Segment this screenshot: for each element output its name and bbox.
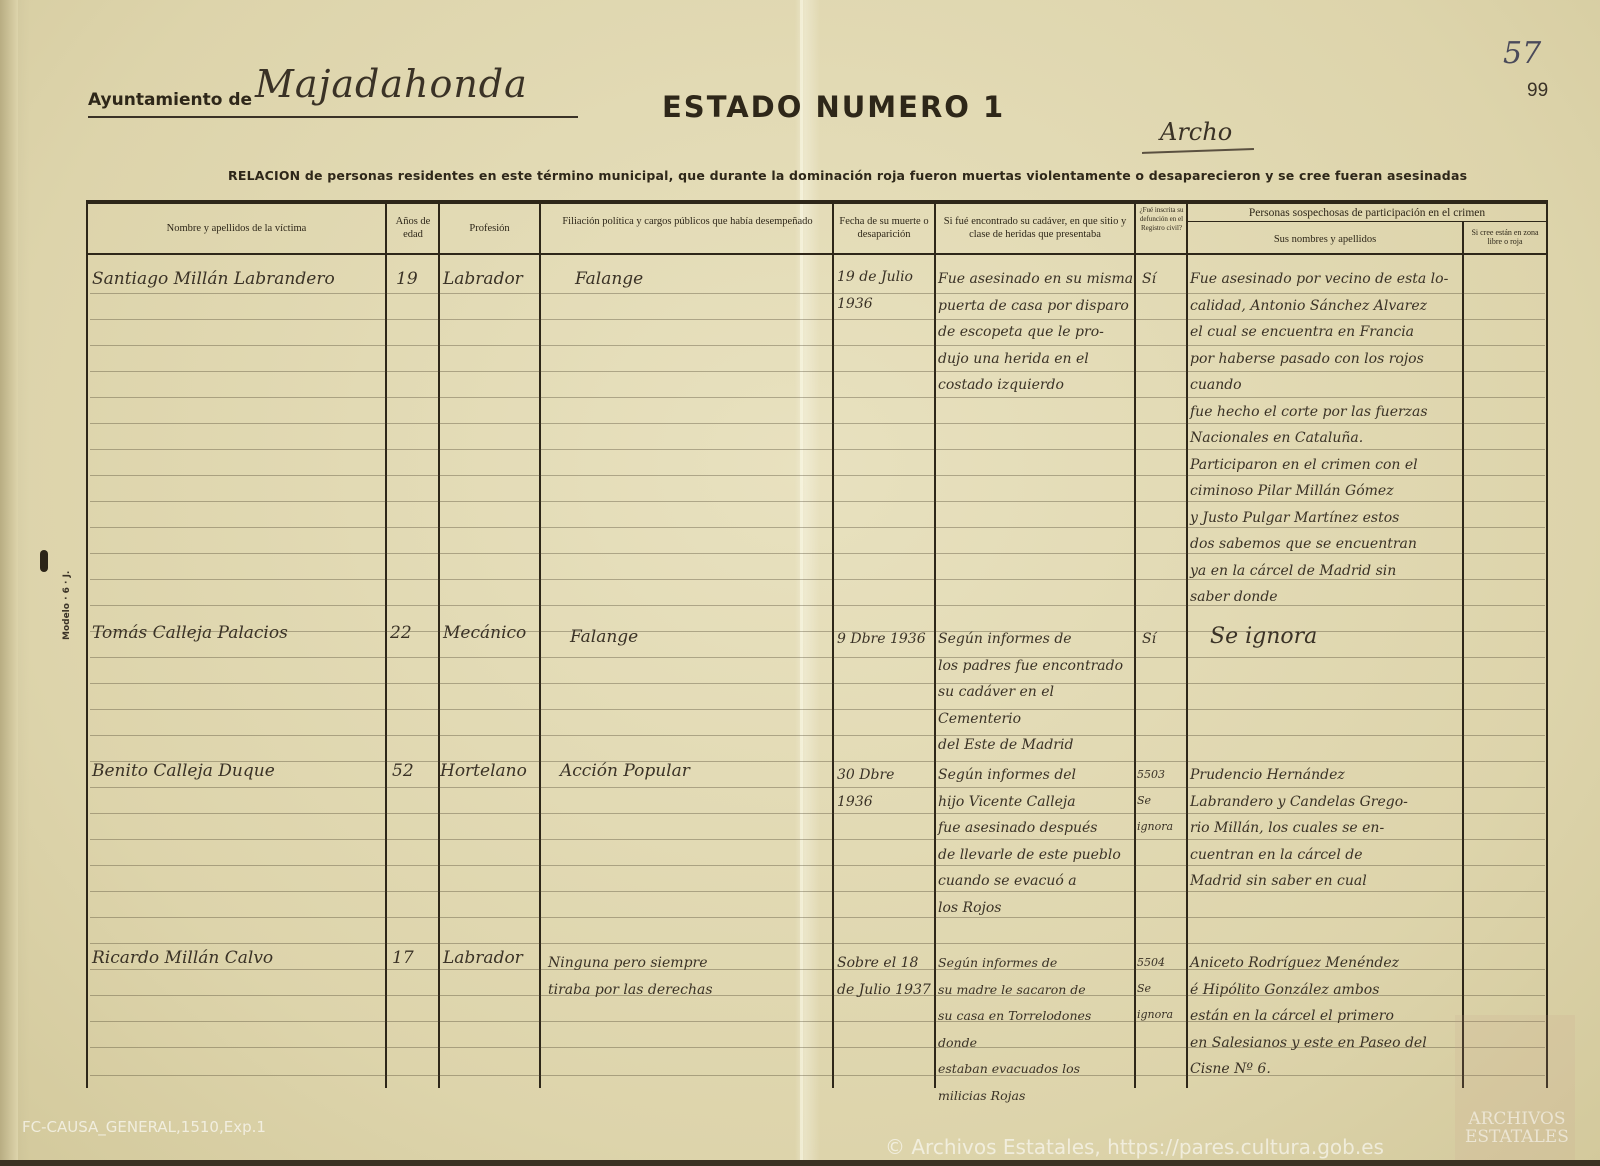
col-divider: [1134, 200, 1136, 1088]
col-divider: [1546, 200, 1548, 1088]
row2-edad: 22: [390, 620, 412, 646]
ayuntamiento-value: Majadahonda: [255, 62, 528, 106]
header-zona: Si cree están en zona libre o roja: [1465, 228, 1545, 246]
ruled-line: [90, 943, 1545, 944]
row2-sospechosos: Se ignora: [1210, 624, 1460, 650]
row1-fecha: 19 de Julio 1936: [837, 264, 932, 317]
row3-fecha: 30 Dbre 1936: [837, 762, 932, 815]
row3-profesion: Hortelano: [440, 758, 527, 784]
table-top-border: [86, 200, 1548, 204]
col-divider: [934, 200, 936, 1088]
header-edad: Años de edad: [388, 215, 438, 241]
row2-profesion: Mecánico: [443, 620, 526, 646]
row4-nombre: Ricardo Millán Calvo: [92, 945, 384, 971]
row4-filiacion: Ninguna pero siempre tiraba por las dere…: [548, 950, 832, 1003]
ayuntamiento-label: Ayuntamiento de: [88, 90, 252, 110]
row4-edad: 17: [392, 945, 414, 971]
header-sospechosos-group: Personas sospechosas de participación en…: [1188, 207, 1546, 220]
row3-nombre: Benito Calleja Duque: [92, 758, 384, 784]
annotation-handwritten: Archo: [1160, 118, 1232, 146]
row3-cadaver: Según informes del hijo Vicente Calleja …: [938, 762, 1134, 921]
row1-cadaver: Fue asesinado en su misma puerta de casa…: [938, 266, 1134, 399]
row1-edad: 19: [396, 266, 418, 292]
binding-hole: [40, 550, 48, 572]
col-divider: [86, 200, 88, 1088]
col-divider: [539, 200, 541, 1088]
row1-filiacion: Falange: [575, 266, 643, 292]
suspects-subheader-line: [1188, 221, 1548, 222]
row4-cadaver: Según informes de su madre le sacaron de…: [938, 950, 1134, 1109]
col-divider: [832, 200, 834, 1088]
archive-logo: ARCHIVOS ESTATALES: [1465, 1110, 1569, 1146]
row1-registro: Sí: [1142, 266, 1156, 293]
model-label: Modelo · 6 · J.: [62, 571, 72, 640]
row2-cadaver: Según informes de los padres fue encontr…: [938, 626, 1134, 759]
bottom-edge: [0, 1160, 1600, 1166]
header-nombre: Nombre y apellidos de la víctima: [88, 222, 385, 235]
ruled-line: [90, 735, 1545, 736]
row2-fecha: 9 Dbre 1936: [837, 626, 932, 653]
row1-profesion: Labrador: [443, 266, 523, 292]
col-divider: [438, 200, 440, 1088]
header-cadaver: Si fué encontrado su cadáver, en que sit…: [936, 215, 1134, 241]
row1-nombre: Santiago Millán Labrandero: [92, 266, 384, 292]
reference-watermark: FC-CAUSA_GENERAL,1510,Exp.1: [22, 1118, 266, 1136]
col-divider: [385, 200, 387, 1088]
row2-nombre: Tomás Calleja Palacios: [92, 620, 384, 646]
ruled-line: [90, 683, 1545, 684]
copyright-watermark: © Archivos Estatales, https://pares.cult…: [885, 1135, 1384, 1159]
page-title: ESTADO NUMERO 1: [662, 90, 1005, 124]
row4-sospechosos: Aniceto Rodríguez Menéndez é Hipólito Go…: [1190, 950, 1462, 1083]
header-fecha: Fecha de su muerte o desaparición: [834, 215, 934, 241]
ruled-line: [90, 709, 1545, 710]
row3-filiacion: Acción Popular: [560, 758, 690, 784]
row3-sospechosos: Prudencio Hernández Labrandero y Candela…: [1190, 762, 1462, 895]
ruled-line: [90, 917, 1545, 918]
archive-logo-line1: ARCHIVOS: [1465, 1110, 1569, 1128]
ayuntamiento-underline: [88, 116, 578, 118]
table-header-border: [86, 253, 1548, 255]
row3-registro: 5503 Se ignora: [1137, 762, 1187, 840]
header-registro: ¿Fué inscrita su defunción en el Registr…: [1137, 206, 1186, 233]
row4-fecha: Sobre el 18 de Julio 1937: [837, 950, 932, 1003]
row1-sospechosos: Fue asesinado por vecino de esta lo- cal…: [1190, 266, 1462, 611]
col-divider: [1462, 221, 1464, 1088]
page-edge: [0, 0, 18, 1166]
row4-registro: 5504 Se ignora: [1137, 950, 1187, 1028]
archive-logo-line2: ESTATALES: [1465, 1128, 1569, 1146]
header-filiacion: Filiación política y cargos públicos que…: [545, 215, 830, 228]
header-sospechosos: Sus nombres y apellidos: [1188, 233, 1462, 246]
header-profesion: Profesión: [440, 222, 539, 235]
row2-filiacion: Falange: [570, 624, 638, 650]
ruled-line: [90, 657, 1545, 658]
folio-handwritten: 57: [1503, 36, 1541, 71]
subtitle: RELACION de personas residentes en este …: [228, 168, 1467, 183]
row4-profesion: Labrador: [443, 945, 523, 971]
row3-edad: 52: [392, 758, 414, 784]
row2-registro: Sí: [1142, 626, 1156, 653]
folio-printed: 99: [1527, 80, 1548, 102]
